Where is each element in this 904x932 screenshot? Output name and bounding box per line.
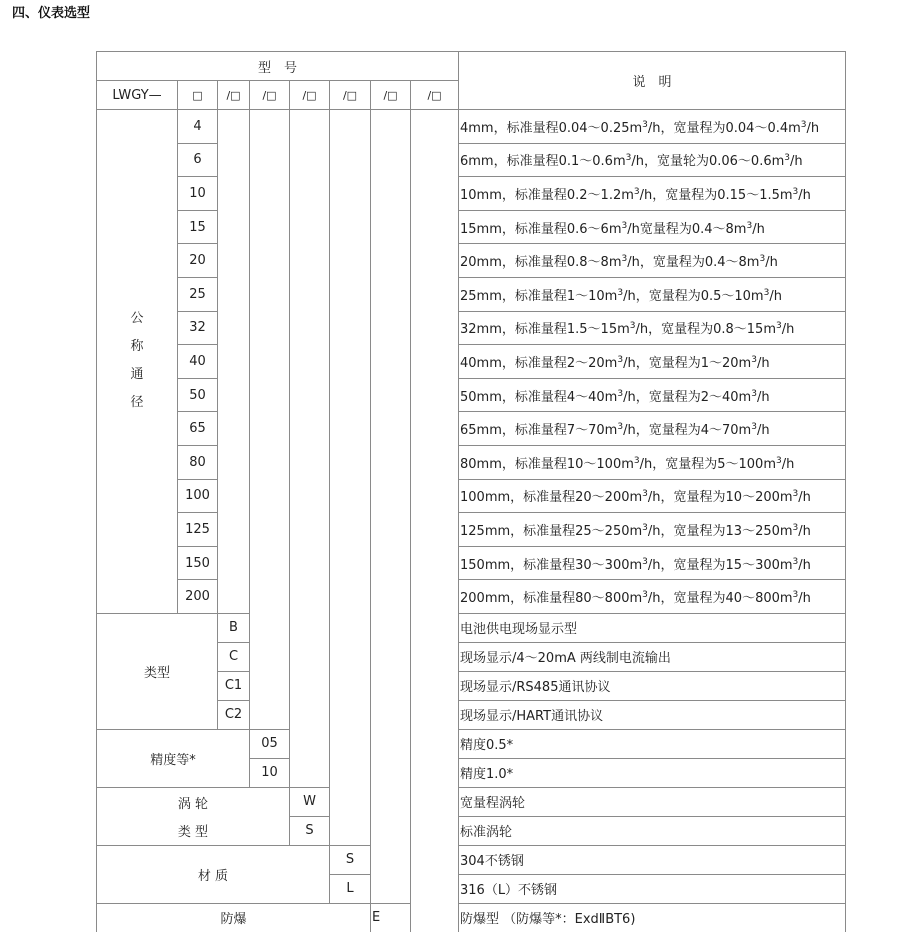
table-row: 5050mm，标准量程4～40m3/h，宽量程为2～40m3/h — [97, 378, 846, 412]
explosion-desc: 防爆型 （防爆等*：ExdⅡBT6) — [459, 903, 846, 932]
slot-explosion: /□ — [371, 81, 411, 110]
table-row: 100100mm，标准量程20～200m3/h，宽量程为10～200m3/h — [97, 479, 846, 513]
diameter-code: 125 — [178, 513, 218, 547]
diameter-code: 6 — [178, 143, 218, 177]
table-row: 2020mm，标准量程0.8～8m3/h，宽量程为0.4～8m3/h — [97, 244, 846, 278]
table-row: 防爆 E 防爆型 （防爆等*：ExdⅡBT6) — [97, 903, 846, 932]
diameter-desc: 100mm，标准量程20～200m3/h，宽量程为10～200m3/h — [459, 479, 846, 513]
table-row: 150150mm，标准量程30～300m3/h，宽量程为15～300m3/h — [97, 546, 846, 580]
table-row: 公称通径 4 4mm，标准量程0.04～0.25m3/h，宽量程为0.04～0.… — [97, 110, 846, 144]
table-row: 8080mm，标准量程10～100m3/h，宽量程为5～100m3/h — [97, 445, 846, 479]
diameter-code: 80 — [178, 445, 218, 479]
type-desc: 电池供电现场显示型 — [459, 613, 846, 642]
type-code: C1 — [218, 671, 250, 700]
table-row: 66mm，标准量程0.1～0.6m3/h，宽量轮为0.06～0.6m3/h — [97, 143, 846, 177]
model-header: 型 号 — [97, 52, 459, 81]
table-row: 涡 轮 W 宽量程涡轮 — [97, 787, 846, 816]
type-code: B — [218, 613, 250, 642]
table-row: 6565mm，标准量程7～70m3/h，宽量程为4～70m3/h — [97, 412, 846, 446]
slot-material: /□ — [330, 81, 371, 110]
diameter-desc: 32mm，标准量程1.5～15m3/h，宽量程为0.8～15m3/h — [459, 311, 846, 345]
slot-diameter: □ — [178, 81, 218, 110]
diameter-desc: 6mm，标准量程0.1～0.6m3/h，宽量轮为0.06～0.6m3/h — [459, 143, 846, 177]
diameter-code: 200 — [178, 580, 218, 614]
diameter-code: 50 — [178, 378, 218, 412]
material-code: S — [330, 845, 371, 874]
table-row: 3232mm，标准量程1.5～15m3/h，宽量程为0.8～15m3/h — [97, 311, 846, 345]
turbine-code: W — [290, 787, 330, 816]
diameter-desc: 65mm，标准量程7～70m3/h，宽量程为4～70m3/h — [459, 412, 846, 446]
diameter-code: 65 — [178, 412, 218, 446]
diameter-code: 40 — [178, 345, 218, 379]
material-desc: 316（L）不锈钢 — [459, 874, 846, 903]
diameter-code: 32 — [178, 311, 218, 345]
accuracy-code: 05 — [250, 729, 290, 758]
diameter-desc: 15mm，标准量程0.6～6m3/h宽量程为0.4～8m3/h — [459, 210, 846, 244]
diameter-desc: 10mm，标准量程0.2～1.2m3/h，宽量程为0.15～1.5m3/h — [459, 177, 846, 211]
nominal-diameter-label: 公称通径 — [97, 110, 178, 614]
diameter-code: 15 — [178, 210, 218, 244]
diameter-code: 10 — [178, 177, 218, 211]
table-row: 精度等* 05 精度0.5* — [97, 729, 846, 758]
turbine-desc: 宽量程涡轮 — [459, 787, 846, 816]
turbine-desc: 标准涡轮 — [459, 816, 846, 845]
description-header: 说 明 — [459, 52, 846, 110]
diameter-code: 150 — [178, 546, 218, 580]
table-row: 200200mm，标准量程80～800m3/h，宽量程为40～800m3/h — [97, 580, 846, 614]
slot-accuracy: /□ — [250, 81, 290, 110]
diameter-code: 25 — [178, 277, 218, 311]
diameter-desc: 25mm，标准量程1～10m3/h，宽量程为0.5～10m3/h — [459, 277, 846, 311]
type-code: C — [218, 642, 250, 671]
table-row: 材 质 S 304不锈钢 — [97, 845, 846, 874]
diameter-desc: 40mm，标准量程2～20m3/h，宽量程为1～20m3/h — [459, 345, 846, 379]
diameter-code: 4 — [178, 110, 218, 144]
slot-type: /□ — [218, 81, 250, 110]
turbine-code: S — [290, 816, 330, 845]
accuracy-desc: 精度0.5* — [459, 729, 846, 758]
type-code: C2 — [218, 700, 250, 729]
accuracy-code: 10 — [250, 758, 290, 787]
turbine-group-label-line2: 类 型 — [97, 816, 290, 845]
table-row: 125125mm，标准量程25～250m3/h，宽量程为13～250m3/h — [97, 513, 846, 547]
accuracy-desc: 精度1.0* — [459, 758, 846, 787]
diameter-desc: 80mm，标准量程10～100m3/h，宽量程为5～100m3/h — [459, 445, 846, 479]
diameter-desc: 125mm，标准量程25～250m3/h，宽量程为13～250m3/h — [459, 513, 846, 547]
type-desc: 现场显示/HART通讯协议 — [459, 700, 846, 729]
material-code: L — [330, 874, 371, 903]
diameter-desc: 200mm，标准量程80～800m3/h，宽量程为40～800m3/h — [459, 580, 846, 614]
accuracy-group-label: 精度等* — [97, 729, 250, 787]
type-desc: 现场显示/RS485通讯协议 — [459, 671, 846, 700]
table-row: 类型 B 电池供电现场显示型 — [97, 613, 846, 642]
table-row: 1010mm，标准量程0.2～1.2m3/h，宽量程为0.15～1.5m3/h — [97, 177, 846, 211]
model-selection-table: 型 号 说 明 LWGY— □ /□ /□ /□ /□ /□ /□ 公称通径 4… — [96, 51, 846, 932]
table-row: 2525mm，标准量程1～10m3/h，宽量程为0.5～10m3/h — [97, 277, 846, 311]
diameter-desc: 20mm，标准量程0.8～8m3/h，宽量程为0.4～8m3/h — [459, 244, 846, 278]
diameter-code: 100 — [178, 479, 218, 513]
explosion-group-label: 防爆 — [97, 903, 371, 932]
slot-extra: /□ — [411, 81, 459, 110]
model-prefix: LWGY— — [97, 81, 178, 110]
material-group-label: 材 质 — [97, 845, 330, 903]
explosion-code: E — [371, 903, 411, 932]
diameter-code: 20 — [178, 244, 218, 278]
diameter-desc: 50mm，标准量程4～40m3/h，宽量程为2～40m3/h — [459, 378, 846, 412]
type-group-label: 类型 — [97, 613, 218, 729]
table-row: 类 型 S 标准涡轮 — [97, 816, 846, 845]
diameter-desc: 4mm，标准量程0.04～0.25m3/h，宽量程为0.04～0.4m3/h — [459, 110, 846, 144]
table-row: 4040mm，标准量程2～20m3/h，宽量程为1～20m3/h — [97, 345, 846, 379]
material-desc: 304不锈钢 — [459, 845, 846, 874]
table-row: 1515mm，标准量程0.6～6m3/h宽量程为0.4～8m3/h — [97, 210, 846, 244]
diameter-desc: 150mm，标准量程30～300m3/h，宽量程为15～300m3/h — [459, 546, 846, 580]
slot-turbine: /□ — [290, 81, 330, 110]
type-desc: 现场显示/4～20mA 两线制电流输出 — [459, 642, 846, 671]
turbine-group-label-line1: 涡 轮 — [97, 787, 290, 816]
section-heading: 四、仪表选型 — [12, 2, 90, 21]
